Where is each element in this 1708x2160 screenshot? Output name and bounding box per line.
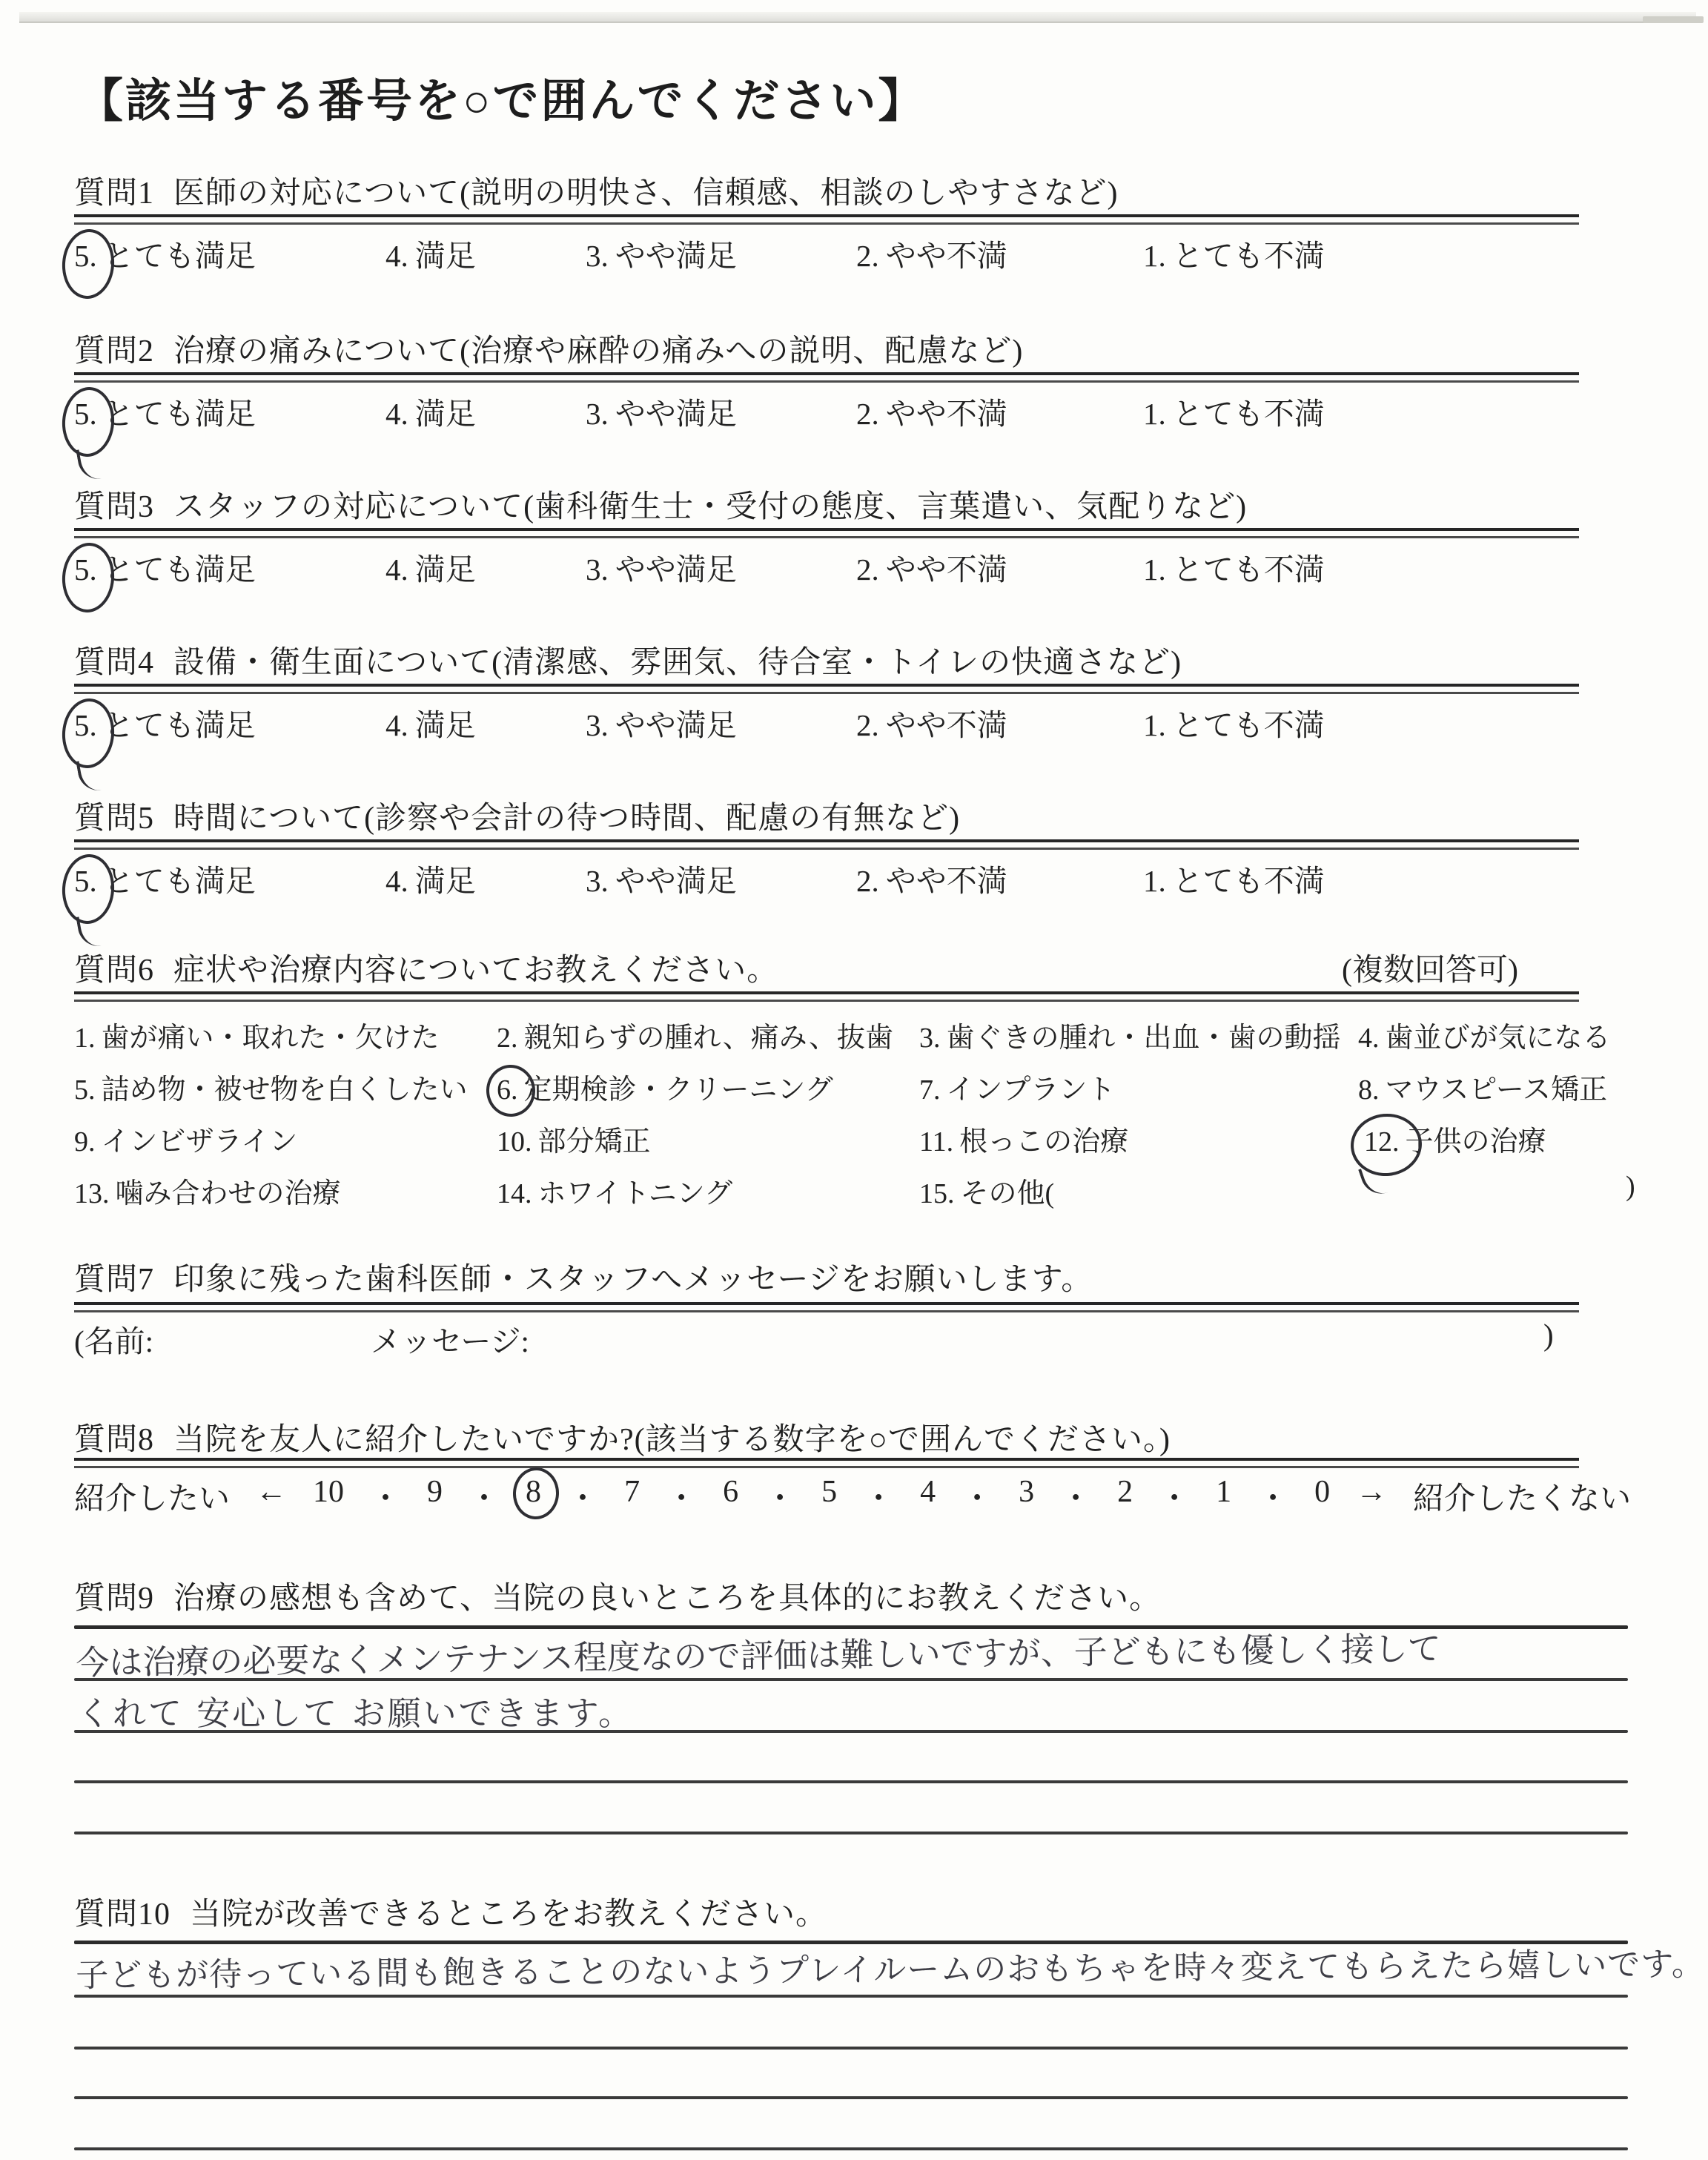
header-divider [74,839,1579,850]
header-divider [74,1302,1579,1312]
symptom-item-10-label: 部分矯正 [538,1126,651,1157]
nps-number-8: 8 [526,1474,541,1510]
nps-dot-separator: ・ [764,1474,795,1519]
right-arrow-icon: → [1356,1474,1387,1510]
handwritten-answer-line-2: くれて 安心して お願いできます。 [77,1686,634,1734]
rating-option-1-label: とても不満 [1173,239,1325,273]
nps-dot-separator: ・ [567,1474,598,1519]
rating-option-2-label: やや不満 [886,552,1007,587]
question-2-heading: 質問2治療の痛みについて(治療や麻酔の痛みへの説明、配慮など) [74,326,1023,371]
rating-option-3-label: やや満足 [615,864,737,898]
symptom-item-12-label: 子供の治療 [1406,1126,1546,1157]
symptom-item-6-label: 定期検診・クリーニング [524,1074,833,1106]
answer-ruled-line [74,1832,1628,1834]
rating-option-2-label: やや不満 [886,397,1007,431]
question-1-heading: 質問1医師の対応について(説明の明快さ、信頼感、相談のしやすさなど) [74,168,1118,213]
question-6-heading: 質問6症状や治療内容についてお教えください。 [74,945,778,990]
symptom-item-3-label: 歯ぐきの腫れ・出血・歯の動揺 [947,1023,1341,1054]
symptom-row-4: 13.噛み合わせの治療 14.ホワイトニング 15.その他( ) [74,1170,1638,1212]
nps-number-9: 9 [427,1474,443,1510]
message-field-label: メッセージ: [371,1317,529,1361]
header-divider [74,214,1579,225]
nps-number-10: 10 [313,1474,344,1510]
answer-ruled-line [74,2047,1628,2050]
question-1-options: 5.とても満足 4.満足 3.やや満足 2.やや不満 1.とても不満 [74,231,1579,285]
question-9-heading: 質問9治療の感想も含めて、当院の良いところを具体的にお教えください。 [74,1573,1161,1618]
handwritten-answer-line-1: 子どもが待っている間も飽きることのないようプレイルームのおもちゃを時々変えてもら… [76,1938,1705,1996]
handwritten-circle-tail [76,914,102,949]
question-2-text: 治療の痛みについて(治療や麻酔の痛みへの説明、配慮など) [173,334,1023,369]
symptom-item-15: 15.その他( [919,1170,1054,1211]
question-5-options: 5.とても満足 4.満足 3.やや満足 2.やや不満 1.とても不満 [74,856,1579,910]
question-2-options: 5.とても満足 4.満足 3.やや満足 2.やや不満 1.とても不満 [74,389,1579,443]
question-8-heading: 質問8当院を友人に紹介したいですか?(該当する数字を○で囲んでください。) [74,1415,1171,1459]
rating-option-4: 4.満足 [385,389,476,433]
answer-ruled-line [74,1730,1628,1733]
question-10-number-label: 質問10 [74,1898,171,1932]
rating-option-5-label: とても満足 [104,552,256,587]
survey-form-scan: 【該当する番号を○で囲んでください】 質問1医師の対応について(説明の明快さ、信… [0,0,1708,2160]
nps-dot-separator: ・ [1257,1474,1288,1519]
symptom-item-9: 9.インビザライン [74,1118,297,1159]
rating-option-5: 5.とても満足 [74,231,256,275]
answer-ruled-line [74,1678,1628,1681]
nps-dot-separator: ・ [666,1474,697,1519]
symptom-item-5-label: 詰め物・被せ物を白くしたい [102,1074,468,1106]
rating-option-1: 1.とても不満 [1143,545,1325,589]
nps-left-label: 紹介したい [74,1474,230,1519]
rating-option-3: 3.やや満足 [586,701,737,744]
question-4-options: 5.とても満足 4.満足 3.やや満足 2.やや不満 1.とても不満 [74,701,1579,754]
nps-dot-separator: ・ [469,1474,500,1519]
question-10-text: 当院が改善できるところをお教えください。 [190,1898,827,1932]
rating-option-5: 5.とても満足 [74,389,256,433]
symptom-item-8: 8.マウスピース矯正 [1358,1066,1607,1107]
question-3-options: 5.とても満足 4.満足 3.やや満足 2.やや不満 1.とても不満 [74,545,1579,598]
symptom-item-13: 13.噛み合わせの治療 [74,1170,341,1211]
nps-number-4: 4 [920,1474,936,1510]
nps-dot-separator: ・ [961,1474,993,1519]
symptom-row-1: 1.歯が痛い・取れた・欠けた 2.親知らずの腫れ、痛み、抜歯 3.歯ぐきの腫れ・… [74,1014,1638,1056]
nps-right-label: 紹介したくない [1413,1474,1631,1519]
rating-option-1: 1.とても不満 [1143,856,1325,900]
handwritten-answer-line-1: 今は治療の必要なくメンテナンス程度なので評価は難しいですが、子どもにも優しく接し… [76,1622,1441,1684]
symptom-item-4: 4.歯並びが気になる [1358,1014,1611,1055]
symptom-item-8-label: マウスピース矯正 [1386,1074,1607,1106]
rating-option-1-label: とても不満 [1173,864,1325,898]
rating-option-4: 4.満足 [385,231,476,275]
question-10-heading: 質問10当院が改善できるところをお教えください。 [74,1889,827,1934]
rating-option-3-label: やや満足 [615,552,737,587]
rating-option-5-number: 5. [74,707,104,743]
nps-number-6: 6 [723,1474,738,1510]
nps-dot-separator: ・ [1060,1474,1091,1519]
nps-number-5: 5 [821,1474,837,1510]
rating-option-4-label: 満足 [415,552,476,587]
symptom-item-15-label: その他( [961,1178,1055,1209]
rating-option-4-label: 満足 [415,397,476,431]
symptom-item-14: 14.ホワイトニング [497,1170,732,1211]
nps-dot-separator: ・ [1159,1474,1190,1519]
scan-artifact-band [19,12,1696,23]
question-3-heading: 質問3スタッフの対応について(歯科衛生士・受付の態度、言葉遣い、気配りなど) [74,482,1247,526]
rating-option-3: 3.やや満足 [586,231,737,275]
rating-option-5-number: 5. [74,863,104,899]
rating-option-2: 2.やや不満 [856,389,1007,433]
symptom-item-4-label: 歯並びが気になる [1386,1023,1611,1054]
symptom-item-2-label: 親知らずの腫れ、痛み、抜歯 [524,1023,894,1054]
nps-number-7: 7 [624,1474,640,1510]
answer-ruled-line [74,2096,1628,2099]
question-5-number-label: 質問5 [74,802,154,836]
rating-option-1-label: とても不満 [1173,552,1325,587]
symptom-item-7-label: インプラント [947,1074,1116,1106]
rating-option-3-label: やや満足 [615,239,737,273]
header-divider [74,991,1579,1002]
question-9-text: 治療の感想も含めて、当院の良いところを具体的にお教えください。 [173,1582,1161,1616]
rating-option-5: 5.とても満足 [74,701,256,744]
rating-option-3-label: やや満足 [615,708,737,742]
question-7-text: 印象に残った歯科医師・スタッフへメッセージをお願いします。 [173,1263,1093,1297]
symptom-item-6: 6.定期検診・クリーニング [497,1066,833,1107]
rating-option-4: 4.満足 [385,856,476,900]
rating-option-1: 1.とても不満 [1143,389,1325,433]
symptom-item-3: 3.歯ぐきの腫れ・出血・歯の動揺 [919,1014,1341,1055]
question-5-heading: 質問5時間について(診察や会計の待つ時間、配慮の有無など) [74,793,960,838]
symptom-item-11: 11.根っこの治療 [919,1118,1128,1159]
question-1-text: 医師の対応について(説明の明快さ、信頼感、相談のしやすさなど) [173,176,1118,211]
rating-option-2: 2.やや不満 [856,856,1007,900]
symptom-item-11-label: 根っこの治療 [959,1126,1128,1157]
rating-option-4-label: 満足 [415,864,476,898]
symptom-item-10: 10.部分矯正 [497,1118,651,1159]
question-7-heading: 質問7印象に残った歯科医師・スタッフへメッセージをお願いします。 [74,1255,1093,1299]
answer-close-paren: ) [1543,1317,1554,1353]
question-7-number-label: 質問7 [74,1263,154,1297]
header-divider [74,684,1579,694]
question-4-heading: 質問4設備・衛生面について(清潔感、雰囲気、待合室・トイレの快適さなど) [74,638,1182,682]
handwritten-circle-tail [76,446,102,482]
rating-option-3-label: やや満足 [615,397,737,431]
rating-option-2: 2.やや不満 [856,545,1007,589]
symptom-item-12: 12.子供の治療 [1364,1118,1546,1159]
handwritten-circle-tail [76,758,102,793]
nps-number-2: 2 [1117,1474,1133,1510]
rating-option-1-label: とても不満 [1173,708,1325,742]
question-2-number-label: 質問2 [74,334,154,369]
question-3-text: スタッフの対応について(歯科衛生士・受付の態度、言葉遣い、気配りなど) [173,490,1247,524]
question-8-number-label: 質問8 [74,1423,154,1457]
rating-option-2: 2.やや不満 [856,231,1007,275]
rating-option-1: 1.とても不満 [1143,701,1325,744]
symptom-item-1-label: 歯が痛い・取れた・欠けた [102,1023,440,1054]
rating-option-4-label: 満足 [415,708,476,742]
symptom-item-7: 7.インプラント [919,1066,1116,1107]
rating-option-3: 3.やや満足 [586,545,737,589]
rating-option-5-number: 5. [74,396,104,432]
symptom-item-9-label: インビザライン [102,1126,298,1157]
scan-artifact-band-dark [1643,16,1704,23]
rating-option-4: 4.満足 [385,701,476,744]
rating-option-2-label: やや不満 [886,708,1007,742]
rating-option-5-label: とても満足 [104,708,256,742]
rating-option-5-label: とても満足 [104,397,256,431]
symptom-item-2: 2.親知らずの腫れ、痛み、抜歯 [497,1014,893,1055]
rating-option-2-label: やや不満 [886,239,1007,273]
rating-option-2: 2.やや不満 [856,701,1007,744]
header-divider [74,528,1579,538]
question-5-text: 時間について(診察や会計の待つ時間、配慮の有無など) [173,802,960,836]
question-9-number-label: 質問9 [74,1582,154,1616]
multiple-answers-note: (複数回答可) [1342,945,1518,990]
question-8-text: 当院を友人に紹介したいですか?(該当する数字を○で囲んでください。) [173,1423,1171,1457]
nps-number-3: 3 [1019,1474,1034,1510]
symptom-item-14-label: ホワイトニング [538,1178,733,1209]
left-arrow-icon: ← [256,1474,287,1510]
nps-number-0: 0 [1314,1474,1330,1510]
rating-option-5: 5.とても満足 [74,856,256,900]
answer-ruled-line [74,2147,1628,2150]
symptom-item-1: 1.歯が痛い・取れた・欠けた [74,1014,440,1055]
question-1-number-label: 質問1 [74,176,154,211]
header-divider [74,1458,1579,1468]
form-title: 【該当する番号を○で囲んでください】 [77,64,926,130]
rating-option-4: 4.満足 [385,545,476,589]
rating-option-3: 3.やや満足 [586,389,737,433]
rating-option-5-label: とても満足 [104,239,256,273]
symptom-row-2: 5.詰め物・被せ物を白くしたい 6.定期検診・クリーニング 7.インプラント 8… [74,1066,1638,1108]
answer-ruled-line [74,1780,1628,1783]
rating-option-3: 3.やや満足 [586,856,737,900]
name-field-label: (名前: [74,1317,153,1361]
symptom-row-3: 9.インビザライン 10.部分矯正 11.根っこの治療 12.子供の治療 [74,1118,1638,1160]
rating-option-1: 1.とても不満 [1143,231,1325,275]
question-6-number-label: 質問6 [74,954,154,988]
nps-dot-separator: ・ [370,1474,401,1519]
rating-option-1-label: とても不満 [1173,397,1325,431]
question-7-answer-row: (名前: メッセージ: ) [74,1317,1628,1361]
rating-option-5: 5.とても満足 [74,545,256,589]
nps-dot-separator: ・ [863,1474,894,1519]
rating-option-4-label: 満足 [415,239,476,273]
question-6-text: 症状や治療内容についてお教えください。 [173,954,778,988]
rating-option-2-label: やや不満 [886,864,1007,898]
rating-option-5-label: とても満足 [104,864,256,898]
nps-number-1: 1 [1216,1474,1231,1510]
question-4-text: 設備・衛生面について(清潔感、雰囲気、待合室・トイレの快適さなど) [173,646,1182,680]
symptom-item-13-label: 噛み合わせの治療 [116,1178,341,1209]
symptom-other-close-paren: ) [1626,1170,1635,1203]
nps-scale-row: 紹介したい ← 10 ・ 9 ・ 8 ・ 7 ・ 6 ・ 5 ・ 4 ・ 3 ・… [74,1474,1631,1519]
answer-ruled-line [74,1995,1628,1998]
question-4-number-label: 質問4 [74,646,154,680]
rating-option-5-number: 5. [74,552,104,587]
symptom-item-5: 5.詰め物・被せ物を白くしたい [74,1066,468,1107]
header-divider [74,372,1579,383]
rating-option-5-number: 5. [74,238,104,274]
question-3-number-label: 質問3 [74,490,154,524]
